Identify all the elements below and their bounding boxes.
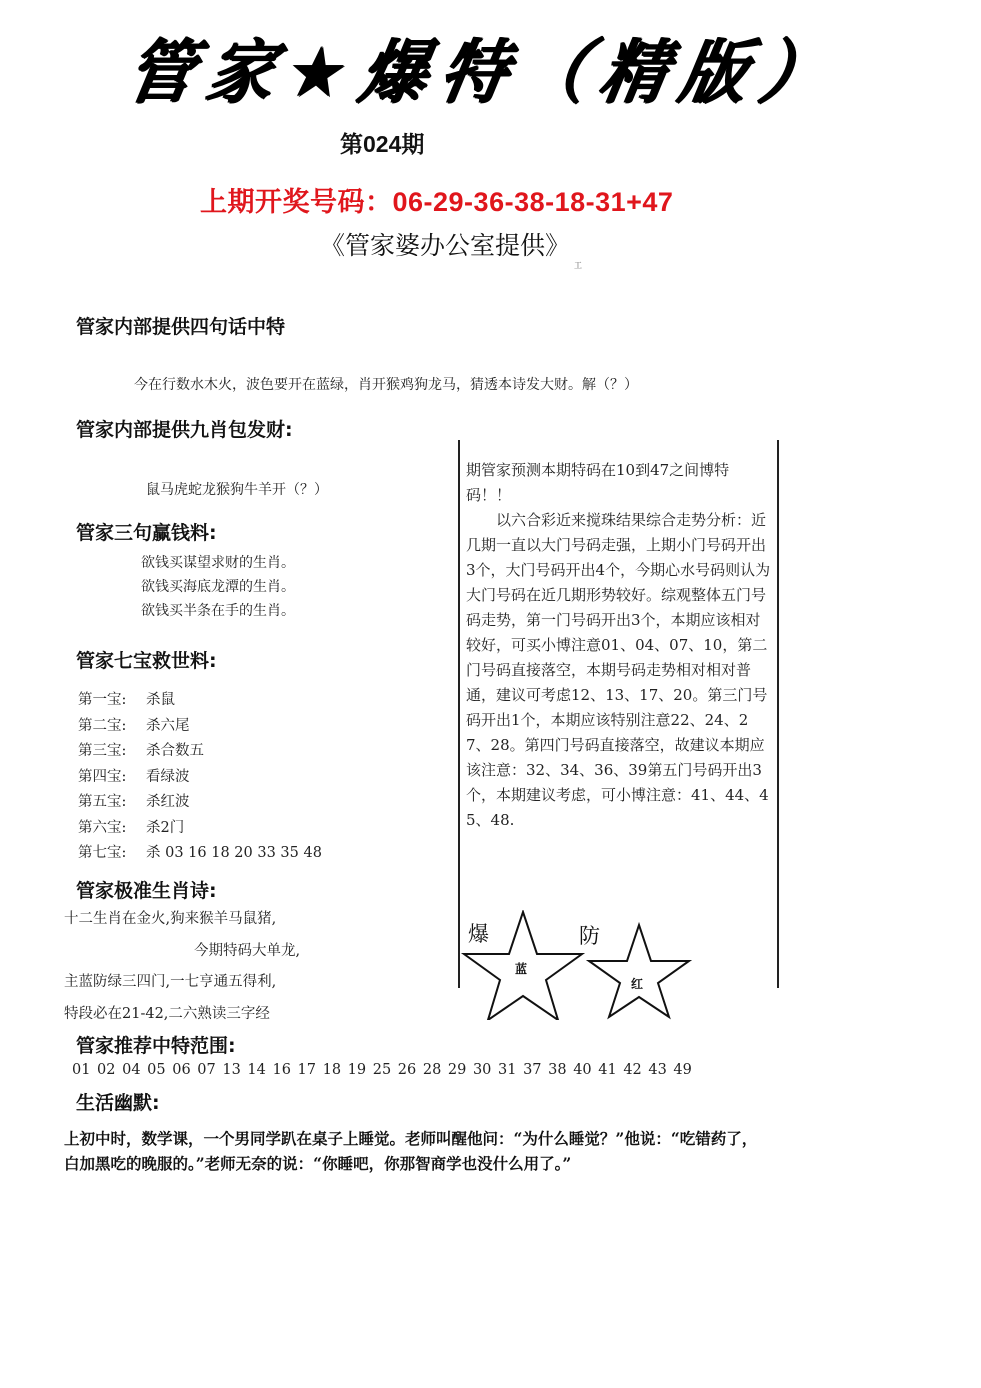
star-inner-red: 红 [631,975,643,992]
treasure-key: 第一宝: [78,688,146,714]
treasure-value: 杀合数五 [146,743,204,759]
section-title-seven-treasures: 管家七宝救世料: [76,646,217,673]
list-item: 第六宝:杀2门 [78,816,322,842]
treasure-value: 看绿波 [146,769,190,785]
star-badges: 爆 蓝 防 红 [458,910,718,1020]
section-title-recommend-range: 管家推荐中特范围: [76,1031,236,1058]
analysis-paragraph: 期管家预测本期特码在10到47之间博特码！！ [466,458,771,508]
treasure-key: 第四宝: [78,765,146,791]
analysis-paragraph: 以六合彩近来搅珠结果综合走势分析：近几期一直以大门号码走强，上期小门号码开出3个… [466,508,771,833]
list-item: 欲钱买半条在手的生肖。 [141,599,295,623]
poem-line: 今期特码大单龙, [64,936,300,968]
section-title-four-sentences: 管家内部提供四句话中特 [76,312,285,339]
treasure-value: 杀红波 [146,794,190,810]
issue-number: 第024期 [340,126,424,159]
four-sentences-text: 今在行数水木火，波色要开在蓝绿，肖开猴鸡狗龙马，猜透本诗发大财。解（？） [134,374,638,394]
treasure-key: 第六宝: [78,816,146,842]
list-item: 第七宝:杀 03 16 18 20 33 35 48 [78,841,322,867]
treasure-key: 第二宝: [78,714,146,740]
provider-mark: 工 [574,260,582,271]
treasure-key: 第七宝: [78,841,146,867]
analysis-text: 期管家预测本期特码在10到47之间博特码！！ 以六合彩近来搅珠结果综合走势分析：… [466,458,771,833]
seven-treasures-list: 第一宝:杀鼠 第二宝:杀六尾 第三宝:杀合数五 第四宝:看绿波 第五宝:杀红波 … [78,688,322,867]
star-inner-blue: 蓝 [515,960,527,977]
humor-line: 上初中时，数学课，一个男同学趴在桌子上睡觉。老师叫醒他问：“为什么睡觉？”他说：… [64,1126,757,1151]
list-item: 第四宝:看绿波 [78,765,322,791]
list-item: 第五宝:杀红波 [78,790,322,816]
star-icon [589,925,689,1017]
section-title-nine-zodiac: 管家内部提供九肖包发财: [76,415,293,442]
list-item: 第一宝:杀鼠 [78,688,322,714]
treasure-key: 第三宝: [78,739,146,765]
star-label-fang: 防 [579,920,600,950]
zodiac-poem: 十二生肖在金火,狗来猴羊马鼠猪, 今期特码大单龙, 主蓝防绿三四门,一七亨通五得… [64,904,300,1030]
section-title-humor: 生活幽默: [76,1088,160,1115]
poem-line: 主蓝防绿三四门,一七亨通五得利, [64,967,300,999]
list-item: 欲钱买海底龙潭的生肖。 [141,575,295,599]
banner-title: 管家★爆特（精版） [128,28,818,118]
section-title-zodiac-poem: 管家极准生肖诗: [76,876,217,903]
poem-line: 特段必在21-42,二六熟读三字经 [64,999,300,1031]
section-title-three-sentences: 管家三句赢钱料: [76,518,217,545]
poem-line: 十二生肖在金火,狗来猴羊马鼠猪, [64,904,300,936]
treasure-value: 杀鼠 [146,692,175,708]
treasure-value: 杀六尾 [146,718,190,734]
recommend-numbers: 01 02 04 05 06 07 13 14 16 17 18 19 25 2… [72,1062,692,1078]
list-item: 第三宝:杀合数五 [78,739,322,765]
page-title: 管家★爆特（精版） [120,26,850,121]
treasure-value: 杀 03 16 18 20 33 35 48 [146,845,322,861]
humor-text: 上初中时，数学课，一个男同学趴在桌子上睡觉。老师叫醒他问：“为什么睡觉？”他说：… [64,1126,757,1176]
treasure-value: 杀2门 [146,820,184,836]
nine-zodiac-text: 鼠马虎蛇龙猴狗牛羊开（？） [146,479,328,499]
provider-label: 《管家婆办公室提供》 [320,226,570,262]
analysis-panel: 期管家预测本期特码在10到47之间博特码！！ 以六合彩近来搅珠结果综合走势分析：… [458,440,779,988]
star-label-bao: 爆 [468,918,489,948]
treasure-key: 第五宝: [78,790,146,816]
three-sentences-list: 欲钱买谋望求财的生肖。 欲钱买海底龙潭的生肖。 欲钱买半条在手的生肖。 [141,551,295,623]
list-item: 欲钱买谋望求财的生肖。 [141,551,295,575]
last-draw-results: 上期开奖号码：06-29-36-38-18-31+47 [200,180,673,219]
list-item: 第二宝:杀六尾 [78,714,322,740]
humor-line: 白加黑吃的晚服的。”老师无奈的说：“你睡吧，你那智商学也没什么用了。” [64,1151,757,1176]
